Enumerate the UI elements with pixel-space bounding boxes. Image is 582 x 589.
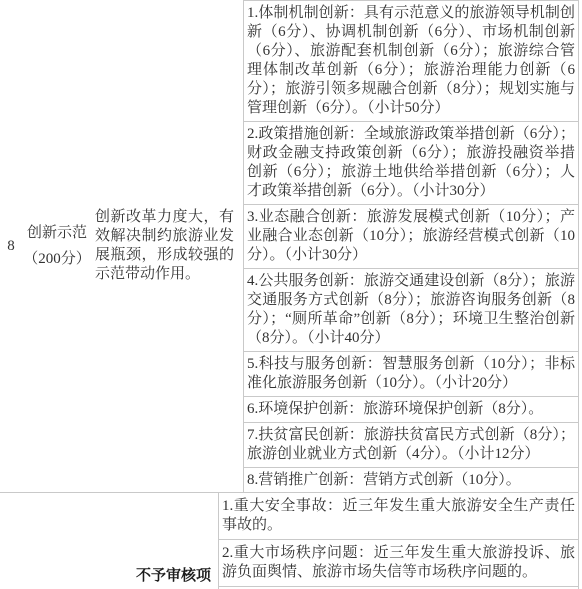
criteria-item-3: 3.业态融合创新：旅游发展模式创新（10分）；产业融合业态创新（10分）；旅游经… xyxy=(244,204,578,268)
criteria-items-column: 1.体制机制创新：具有示范意义的旅游领导机制创新（6分）、协调机制创新（6分）、… xyxy=(243,0,579,492)
category-title: 创新示范 xyxy=(27,223,87,243)
criteria-item-5: 5.科技与服务创新：智慧服务创新（10分）；非标准化旅游服务创新（10分）。（小… xyxy=(244,351,578,396)
criteria-item-1: 1.体制机制创新：具有示范意义的旅游领导机制创新（6分）、协调机制创新（6分）、… xyxy=(244,1,578,121)
criteria-item-8: 8.营销推广创新：营销方式创新（10分）。 xyxy=(244,467,578,493)
criteria-item-6: 6.环境保护创新：旅游环境保护创新（8分）。 xyxy=(244,396,578,422)
veto-item-2: 2.重大市场秩序问题：近三年发生重大旅游投诉、旅游负面舆情、旅游市场失信等市场秩… xyxy=(219,540,578,587)
veto-label-cell: 不予审核项 xyxy=(0,493,219,589)
criteria-item-2: 2.政策措施创新：全域旅游政策举措创新（6分）；财政金融支持政策创新（6分）；旅… xyxy=(244,121,578,204)
category-score: （200分） xyxy=(23,249,91,269)
main-criteria-row: 8 创新示范 （200分） 创新改革力度大，有效解决制约旅游业发展瓶颈，形成较强… xyxy=(0,0,579,493)
evaluation-table-page: 8 创新示范 （200分） 创新改革力度大，有效解决制约旅游业发展瓶颈，形成较强… xyxy=(0,0,582,589)
criteria-item-7: 7.扶贫富民创新：旅游扶贫富民方式创新（8分）；旅游创业就业方式创新（4分）。（… xyxy=(244,422,578,467)
veto-row: 不予审核项 1.重大安全事故：近三年发生重大旅游安全生产责任事故的。 2.重大市… xyxy=(0,493,579,589)
description-cell: 创新改革力度大，有效解决制约旅游业发展瓶颈，形成较强的示范带动作用。 xyxy=(92,0,243,492)
veto-item-1: 1.重大安全事故：近三年发生重大旅游安全生产责任事故的。 xyxy=(219,493,578,540)
criteria-item-4: 4.公共服务创新：旅游交通建设创新（8分）；旅游交通服务方式创新（8分）；旅游咨… xyxy=(244,268,578,351)
row-number-cell: 8 xyxy=(0,0,22,492)
category-cell: 创新示范 （200分） xyxy=(22,0,92,492)
veto-items-column: 1.重大安全事故：近三年发生重大旅游安全生产责任事故的。 2.重大市场秩序问题：… xyxy=(219,493,579,589)
